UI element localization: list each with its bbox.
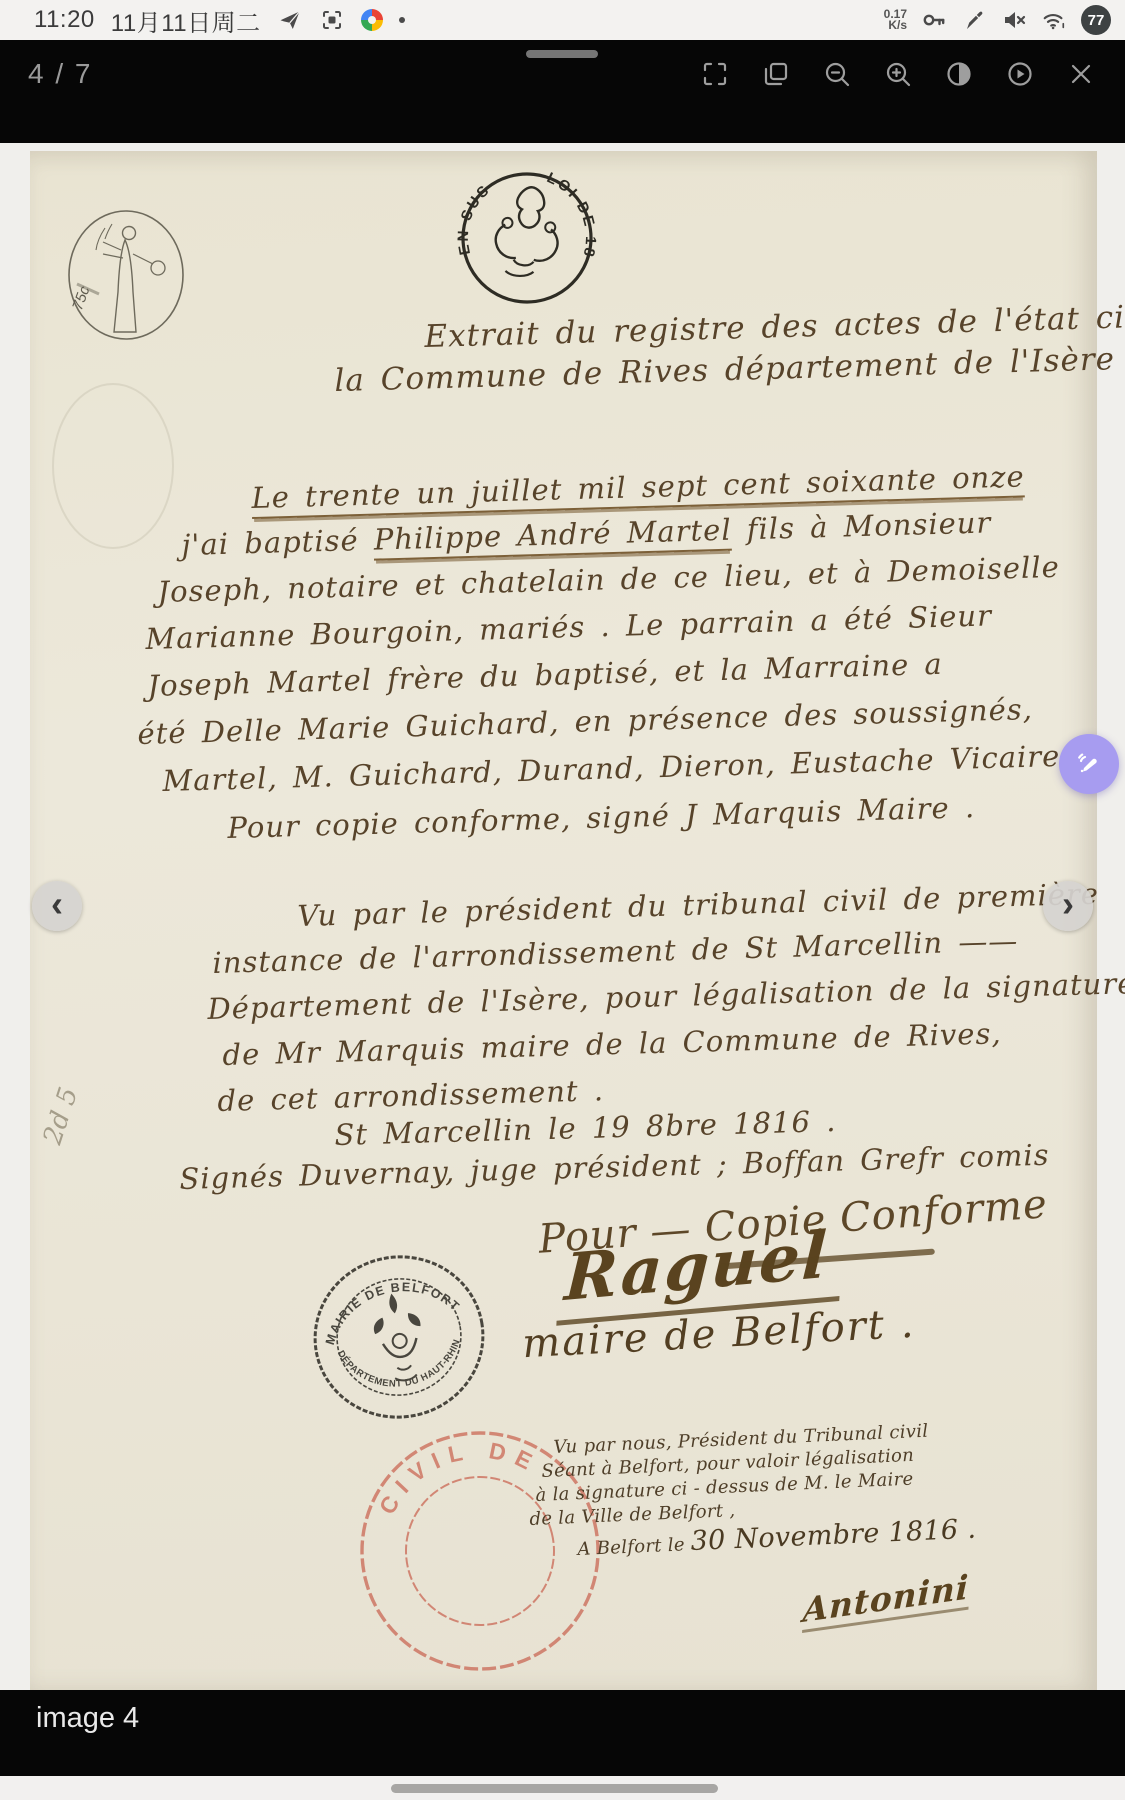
page-indicator: 4 / 7 bbox=[28, 58, 92, 90]
copy-pages-button[interactable] bbox=[760, 56, 792, 92]
mairie-stamp-top-text: MAIRIE DE BELFORT bbox=[314, 1270, 466, 1349]
date-label: 11月11日周二 bbox=[111, 3, 261, 38]
notification-dot bbox=[399, 17, 405, 23]
phone-screen: 11:20 11月11日周二 0.17 K/s bbox=[0, 0, 1125, 1800]
zoom-out-button[interactable] bbox=[821, 56, 853, 92]
contrast-button[interactable] bbox=[943, 56, 975, 92]
next-image-button[interactable]: › bbox=[1043, 881, 1093, 931]
faint-embossed-oval bbox=[52, 383, 174, 549]
battery-indicator: 77 bbox=[1081, 5, 1111, 35]
svg-text:DÉPARTEMENT DU HAUT-RHIN: DÉPARTEMENT DU HAUT-RHIN bbox=[334, 1328, 469, 1400]
caption-bar: image 4 bbox=[0, 1690, 1125, 1776]
president-signature: Antonini bbox=[802, 1567, 970, 1633]
p1-line4: Marianne Bourgoin, mariés . Le parrain a… bbox=[145, 598, 992, 656]
margin-pencil-note: 2d 5 bbox=[38, 1084, 84, 1148]
wifi-icon bbox=[1041, 7, 1067, 33]
prev-image-button[interactable]: ‹ bbox=[32, 881, 82, 931]
document-image[interactable]: 75c EN SUS LOI DE 1816 bbox=[30, 151, 1097, 1690]
zoom-in-button[interactable] bbox=[882, 56, 914, 92]
status-bar: 11:20 11月11日周二 0.17 K/s bbox=[0, 0, 1125, 40]
p1-line6: été Delle Marie Guichard, en présence de… bbox=[137, 692, 1033, 751]
screenshot-icon bbox=[319, 7, 345, 33]
mute-icon bbox=[1001, 7, 1027, 33]
mairie-belfort-stamp: MAIRIE DE BELFORT DÉPARTEMENT DU HAUT-RH… bbox=[294, 1235, 504, 1440]
image-canvas: 75c EN SUS LOI DE 1816 bbox=[0, 143, 1125, 1690]
chevron-left-icon: ‹ bbox=[51, 886, 63, 922]
close-button[interactable] bbox=[1065, 56, 1097, 92]
p2-signatures-line: Signés Duvernay, juge président ; Boffan… bbox=[179, 1138, 1050, 1196]
p1-line5: Joseph Martel frère du baptisé, et la Ma… bbox=[147, 647, 943, 703]
svg-text:MAIRIE DE BELFORT: MAIRIE DE BELFORT bbox=[314, 1270, 466, 1349]
horizontal-scrollbar[interactable] bbox=[391, 1784, 718, 1793]
stylus-pen-icon bbox=[961, 7, 987, 33]
chevron-right-icon: › bbox=[1062, 886, 1074, 922]
pen-edit-icon bbox=[1074, 749, 1104, 779]
network-speed: 0.17 K/s bbox=[884, 9, 907, 31]
drag-handle[interactable] bbox=[526, 50, 598, 58]
clock: 11:20 bbox=[34, 6, 95, 34]
p1-line7: Martel, M. Guichard, Durand, Dieron, Eus… bbox=[162, 738, 1086, 798]
mairie-stamp-bottom-text: DÉPARTEMENT DU HAUT-RHIN bbox=[334, 1328, 469, 1400]
telegram-plane-icon bbox=[277, 7, 303, 33]
loi-1816-round-stamp: EN SUS LOI DE 1816 bbox=[447, 158, 607, 318]
network-speed-unit: K/s bbox=[888, 20, 907, 31]
bottom-strip bbox=[0, 1776, 1125, 1800]
loi-stamp-left-text: EN SUS bbox=[452, 178, 495, 259]
image-caption: image 4 bbox=[36, 1702, 139, 1735]
pinwheel-app-icon bbox=[361, 9, 383, 31]
edit-fab-button[interactable] bbox=[1059, 734, 1119, 794]
slideshow-play-button[interactable] bbox=[1004, 56, 1036, 92]
fullscreen-button[interactable] bbox=[699, 56, 731, 92]
justice-stamp-value: 75c bbox=[69, 283, 93, 312]
vpn-key-icon bbox=[921, 7, 947, 33]
viewer-toolbar: 4 / 7 bbox=[0, 40, 1125, 143]
justice-embossed-stamp: 75c bbox=[63, 206, 189, 344]
p2-line4: de Mr Marquis maire de la Commune de Riv… bbox=[222, 1016, 1002, 1072]
p1-line8: Pour copie conforme, signé J Marquis Mai… bbox=[227, 790, 975, 845]
svg-text:EN SUS: EN SUS bbox=[452, 178, 495, 259]
